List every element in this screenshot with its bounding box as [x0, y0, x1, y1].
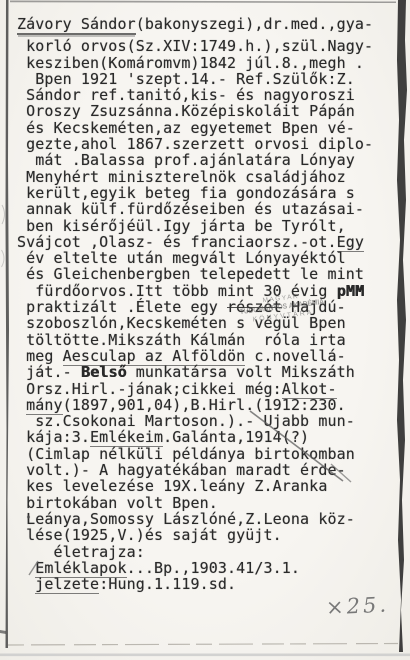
text-segment: és Kecskeméten,az egyetemet Bpen vé- — [17, 119, 355, 137]
typewritten-line: kes levelezése 19X.leány Z.Aranka — [17, 478, 399, 494]
text-segment: munkatársa volt Mikszáth — [127, 363, 355, 381]
text-segment: mát .Balassa prof.ajánlatára Lónyay — [17, 151, 355, 169]
text-segment: szoboszlón,Kecskeméten s végül Bpen — [17, 314, 346, 332]
card-bottom-edge — [8, 644, 398, 646]
text-segment: Oroszy Zsuzsánna.Középiskoláit Pápán — [17, 102, 355, 120]
text-segment: töltötte.Mikszáth Kálmán róla irta — [17, 331, 346, 349]
text-segment: és Gleichenbergben telepedett le mint — [17, 265, 364, 283]
typewritten-line: lése(1925,V.)és saját gyüjt. — [17, 527, 399, 543]
text-segment: kes levelezése 19X.leány Z.Aranka — [17, 477, 327, 495]
text-segment — [17, 575, 35, 593]
typewritten-line: Bpen 1921 'szept.14.- Ref.Szülők:Z. — [17, 71, 399, 87]
catalog-card-photo: Závory Sándor(bakonyszegi),dr.med.,gya- … — [0, 0, 410, 660]
text-segment: életrajza: — [17, 543, 145, 561]
typewritten-line: Emléklapok...Bp.,1903.41/3.1. — [17, 560, 399, 576]
typewritten-line: ben kisérőjéül.Igy járta be Tyrólt, — [17, 218, 399, 234]
text-segment: ...Bp.,1903.41/3.1. — [127, 559, 300, 577]
text-segment: ben kisérőjéül.Igy járta be Tyrólt, — [17, 217, 346, 235]
typewritten-line: (Cimlap nélküli példánya birtokomban — [17, 446, 399, 462]
text-segment: .Galánta,1914(?) — [163, 428, 309, 446]
text-segment: :Hung.1.119.sd. — [99, 575, 236, 593]
text-segment: (1897,901,04),B.Hirl.(1912:230. — [63, 396, 346, 414]
typewritten-line: életrajza: — [17, 544, 399, 560]
typewritten-line: szoboszlón,Kecskeméten s végül Bpen — [17, 315, 399, 331]
typewritten-line: Závory Sándor(bakonyszegi),dr.med.,gya- — [17, 16, 399, 32]
photo-left-edge — [6, 0, 10, 648]
typewritten-line: kája:3.Emlékeim.Galánta,1914(?) — [17, 429, 399, 445]
left-margin-crease-2 — [2, 250, 5, 267]
typewritten-line: és Kecskeméten,az egyetemet Bpen vé- — [17, 120, 399, 136]
typewritten-line: sz.Csokonai Martoson.).- Ujabb mun- — [17, 413, 399, 429]
typewritten-line: volt.)- A hagyatékában maradt érde- — [17, 462, 399, 478]
typewritten-line: ját.- Belső munkatársa volt Mikszáth — [17, 364, 399, 380]
bottom-left-mark — [0, 630, 6, 634]
typewritten-line: Svájcot ,Olasz- és franciaorsz.-ot.Egy — [17, 234, 399, 250]
text-segment: ját.- — [17, 363, 81, 381]
typewritten-line: meg Aesculap az Alföldön c.novellá- — [17, 348, 399, 364]
text-segment: jelzete — [35, 575, 99, 594]
typewritten-line: gezte,ahol 1867.szerzett orvosi diplo- — [17, 136, 399, 152]
text-segment: birtokában volt Bpen. — [17, 494, 218, 512]
text-segment — [17, 559, 35, 577]
typewritten-line: Menyhért miniszterelnök családjához — [17, 169, 399, 185]
photo-top-edge — [10, 1, 396, 4]
typewritten-line: Orsz.Hirl.-jának;cikkei még:Alkot- — [17, 381, 399, 397]
text-segment: kája:3. — [17, 428, 90, 446]
text-segment: korló orvos(Sz.XIV:1749.h.),szül.Nagy- — [17, 37, 373, 55]
typewritten-line: év eltelte után megvált Lónyayéktól — [17, 250, 399, 266]
text-segment: annak külf.fürdőzéseiben és utazásai- — [17, 200, 364, 218]
text-segment: Belső — [81, 363, 127, 381]
typewritten-line: kesziben(Komáromvm)1842 júl.8.,megh . — [17, 55, 399, 71]
text-segment: kesziben(Komáromvm)1842 júl.8.,megh . — [17, 54, 364, 72]
pencil-annotation-multiplier: ×25. — [325, 592, 389, 619]
text-segment: lése(1925,V.)és saját gyüjt. — [17, 526, 282, 544]
typewritten-line: Oroszy Zsuzsánna.Középiskoláit Pápán — [17, 103, 399, 119]
typewritten-line: töltötte.Mikszáth Kálmán róla irta — [17, 332, 399, 348]
text-segment: Závory Sándor — [17, 15, 136, 35]
typewritten-line: korló orvos(Sz.XIV:1749.h.),szül.Nagy- — [17, 38, 399, 54]
typewritten-line: annak külf.fürdőzéseiben és utazásai- — [17, 201, 399, 217]
typewritten-line: mány(1897,901,04),B.Hirl.(1912:230. — [17, 397, 399, 413]
text-segment: Orsz.Hirl.-jának;cikkei még: — [17, 380, 282, 398]
text-segment — [17, 396, 26, 414]
photo-bottom-strip — [0, 654, 410, 657]
typewritten-line: fürdőorvos.Itt több mint 30 évig pMM — [17, 283, 399, 299]
typewritten-line: praktizált .Élete egy részét Hajdú- — [17, 299, 399, 315]
typewritten-line: Leánya,Somossy Lászlóné,Z.Leona köz- — [17, 511, 399, 527]
typewritten-text: Závory Sándor(bakonyszegi),dr.med.,gya- … — [17, 16, 399, 592]
typewritten-line: birtokában volt Bpen. — [17, 495, 399, 511]
text-segment: (bakonyszegi),dr.med.,gya- — [136, 15, 373, 33]
typewritten-line: került,egyik beteg fia gondozására s — [17, 185, 399, 201]
typewritten-line: mát .Balassa prof.ajánlatára Lónyay — [17, 152, 399, 168]
typewritten-line: és Gleichenbergben telepedett le mint — [17, 266, 399, 282]
typewritten-line: jelzete:Hung.1.119.sd. — [17, 576, 399, 592]
text-segment: Menyhért miniszterelnök családjához — [17, 168, 346, 186]
left-margin-crease-1 — [2, 205, 5, 224]
